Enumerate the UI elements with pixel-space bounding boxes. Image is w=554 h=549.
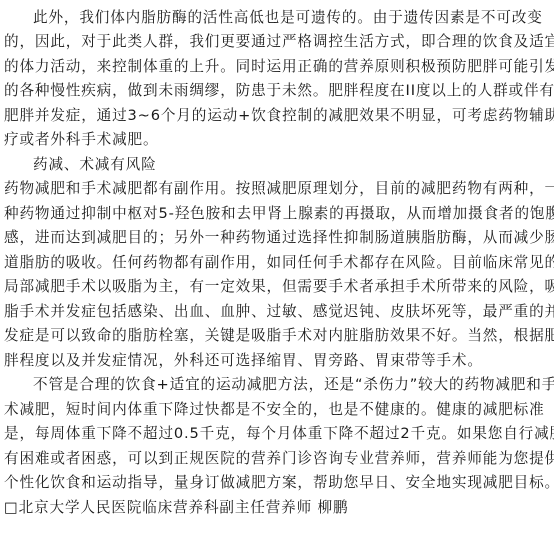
paragraph-1-line-4: 的各种慢性疾病，做到未雨绸缪，防患于未然。肥胖程度在II度以上的人群或伴有: [4, 79, 554, 103]
paragraph-2-line-2: 种药物通过抑制中枢对5-羟色胺和去甲肾上腺素的再摄取，从而增加摄食者的饱腹: [4, 202, 554, 226]
paragraph-2-line-7: 发症是可以致命的脂肪栓塞，关键是吸脂手术对内脏脂肪效果不好。当然，根据肥: [4, 324, 554, 348]
paragraph-2-line-6: 脂手术并发症包括感染、出血、血肿、过敏、感觉迟钝、皮肤坏死等，最严重的并: [4, 300, 554, 324]
paragraph-3-line-1: 不管是合理的饮食+适宜的运动减肥方法，还是“杀伤力”较大的药物减肥和手: [33, 373, 554, 397]
paragraph-2-line-8: 胖程度以及并发症情况，外科还可选择缩胃、胃旁路、胃束带等手术。: [4, 349, 483, 373]
paragraph-3-line-4: 有困难或者困惑，可以到正规医院的营养门诊咨询专业营养师，营养师能为您提供: [4, 447, 554, 471]
section-subheading: 药减、术减有风险: [33, 153, 157, 177]
paragraph-1-line-6: 疗或者外科手术减肥。: [4, 128, 158, 152]
paragraph-3-line-3: 是，每周体重下降不超过0.5千克，每个月体重下降不超过2千克。如果您自行减肥: [4, 422, 554, 446]
paragraph-2-line-3: 感，进而达到减肥目的；另外一种药物通过选择性抑制肠道胰脂肪酶，从而减少肠: [4, 226, 554, 250]
paragraph-2-line-1: 药物减肥和手术减肥都有副作用。按照减肥原理划分，目前的减肥药物有两种，一: [4, 177, 554, 201]
paragraph-3-line-2: 术减肥，短时间内体重下降过快都是不安全的，也是不健康的。健康的减肥标准: [4, 398, 545, 422]
author-byline: □北京大学人民医院临床营养科副主任营养师 柳鹏: [4, 496, 348, 520]
paragraph-3-line-5: 个性化饮食和运动指导，量身订做减肥方案，帮助您早日、安全地实现减肥目标。: [4, 471, 554, 495]
paragraph-1-line-2: 的，因此，对于此类人群，我们更要通过严格调控生活方式，即合理的饮食及适宜: [4, 30, 554, 54]
article-page: 此外，我们体内脂肪酶的活性高低也是可遗传的。由于遗传因素是不可改变 的，因此，对…: [0, 0, 554, 549]
paragraph-2-line-4: 道脂肪的吸收。任何药物都有副作用，如同任何手术都存在风险。目前临床常见的: [4, 251, 554, 275]
paragraph-1-line-3: 的体力活动，来控制体重的上升。同时运用正确的营养原则积极预防肥胖可能引发: [4, 55, 554, 79]
paragraph-2-line-5: 局部减肥手术以吸脂为主，有一定效果，但需要手术者承担手术所带来的风险，吸: [4, 275, 554, 299]
paragraph-1-line-1: 此外，我们体内脂肪酶的活性高低也是可遗传的。由于遗传因素是不可改变: [33, 6, 543, 30]
paragraph-1-line-5: 肥胖并发症，通过3~6个月的运动+饮食控制的减肥效果不明显，可考虑药物辅助治: [4, 104, 554, 128]
